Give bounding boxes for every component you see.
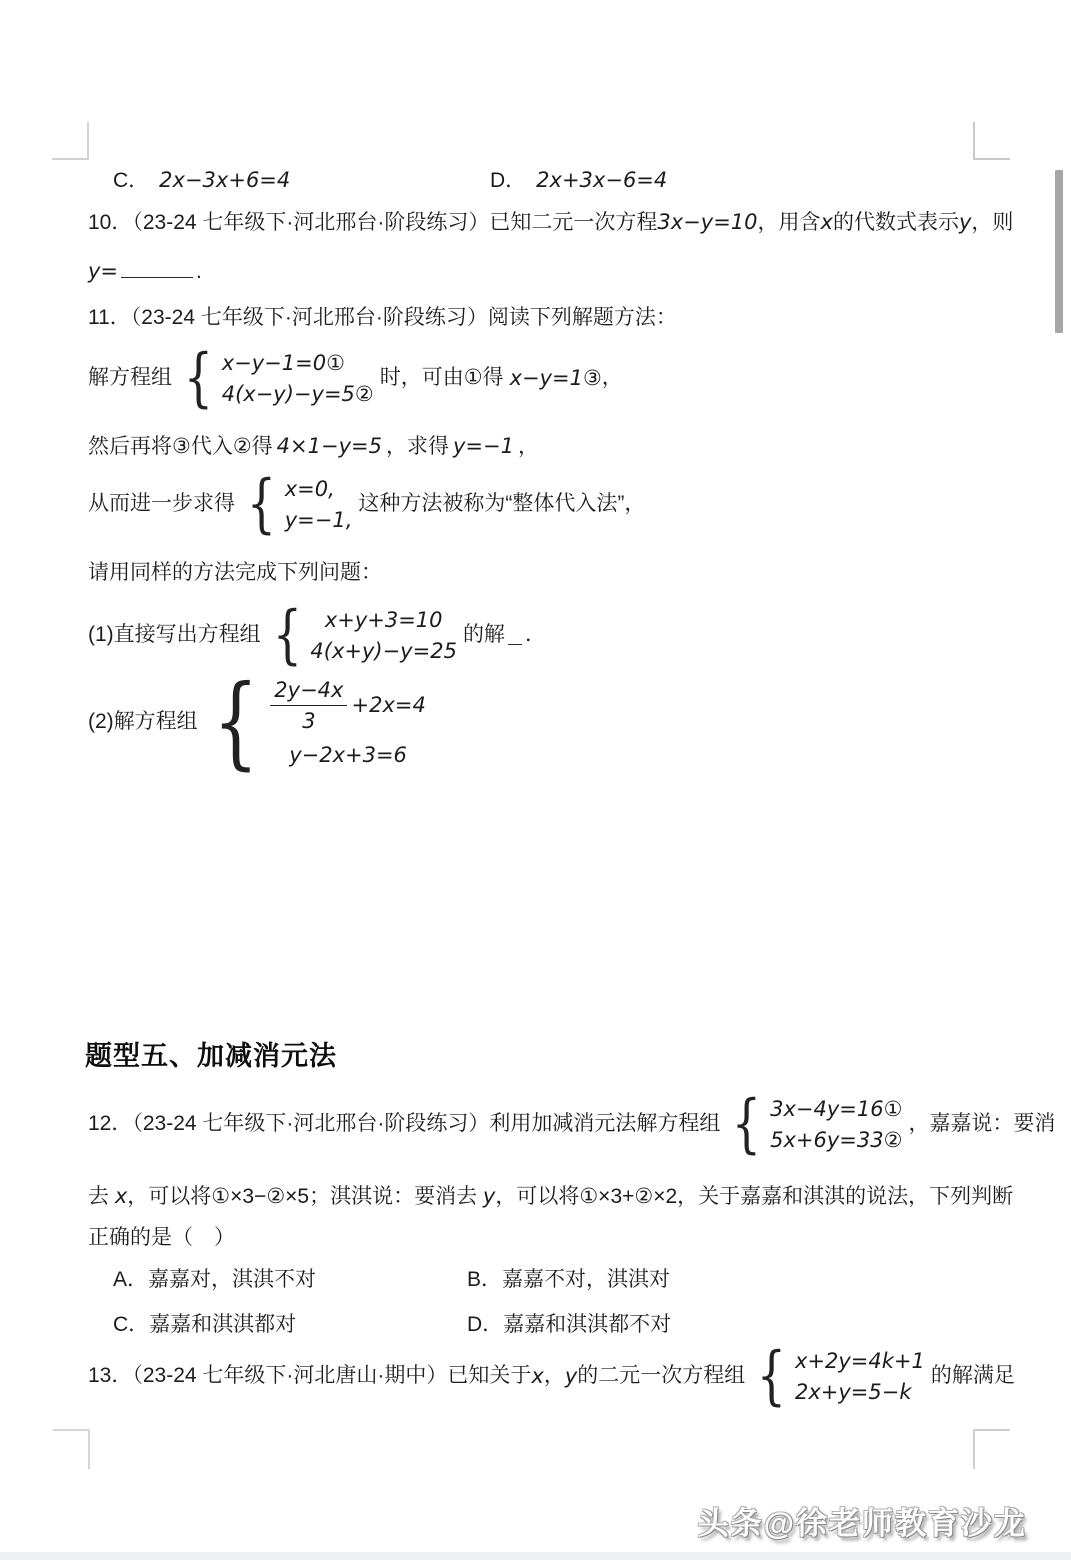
fraction: 2y−4x 3	[270, 675, 347, 736]
question-10-lead: 10．（23-24 七年级下·河北邢台·阶段练习）已知二元一次方程	[88, 211, 657, 234]
question-11-line-1: 11．（23-24 七年级下·河北邢台·阶段练习）阅读下列解题方法：	[88, 303, 677, 333]
document-page: C．2x−3x+6=4 D．2x+3x−6=4 10．（23-24 七年级下·河…	[0, 0, 1071, 1560]
equation-system-1: x−y−1=0① 4(x−y)−y=5②	[178, 346, 374, 410]
question-13-lead: 13．（23-24 七年级下·河北唐山·期中）已知关于	[88, 1361, 531, 1391]
left-brace-icon	[757, 1344, 786, 1408]
equation-line: y−2x+3=6	[289, 740, 407, 770]
question-10-text: ，则	[971, 211, 1013, 234]
question-13-text: ，	[544, 1361, 565, 1391]
question-11-item-1: (1)直接写出方程组 x+y+3=10 4(x+y)−y=25 的解 ．	[88, 598, 546, 672]
period: ．	[525, 620, 546, 650]
corner-mark-bottom-left-icon	[53, 1429, 90, 1469]
solution-line: x=0,	[285, 474, 353, 504]
equation-system-5: 3x−4y=16① 5x+6y=33②	[726, 1092, 902, 1156]
question-12-line-2: 去 x，可以将①×3−②×5；淇淇说：要消去 y，可以将①×3+②×2，关于嘉嘉…	[88, 1181, 1013, 1212]
option-c-expression: 2x−3x+6=4	[159, 168, 290, 192]
period: .	[196, 260, 202, 283]
question-12-lead: 12．（23-24 七年级下·河北邢台·阶段练习）利用加减消元法解方程组	[88, 1109, 720, 1139]
left-brace-icon	[213, 672, 259, 772]
question-12-line-3: 正确的是（ ）	[88, 1223, 235, 1253]
corner-mark-top-left-icon	[52, 122, 89, 160]
question-11-text: 从而进一步求得	[88, 489, 235, 519]
left-brace-icon	[732, 1092, 761, 1156]
variable-y: y	[483, 1184, 495, 1208]
answer-lhs: y=	[88, 259, 118, 283]
variable-y: y	[959, 210, 971, 234]
result-equation: y=−1	[453, 434, 514, 458]
question-12-line-1: 12．（23-24 七年级下·河北邢台·阶段练习）利用加减消元法解方程组 3x−…	[88, 1084, 1055, 1164]
question-12-text: ，嘉嘉说：要消	[908, 1109, 1055, 1139]
option-b: B．嘉嘉不对，淇淇对	[467, 1265, 670, 1295]
question-10-text: ，用含	[758, 211, 821, 234]
item-2-label: (2)解方程组	[88, 707, 198, 737]
solve-system-label: 解方程组	[88, 363, 172, 393]
variable-x: x	[531, 1361, 543, 1391]
equation-line: x+2y=4k+1	[795, 1346, 925, 1376]
question-12-text: ，可以将①×3−②×5；淇淇说：要消去	[127, 1185, 483, 1208]
question-12-text: ，可以将①×3+②×2，关于嘉嘉和淇淇的说法，下列判断	[495, 1185, 1013, 1208]
corner-mark-top-right-icon	[973, 122, 1010, 160]
answer-blank-underline	[508, 625, 522, 645]
question-11-line-3: 然后再将③代入②得4×1−y=5，求得y=−1，	[88, 431, 539, 462]
equation-rest: +2x=4	[351, 690, 425, 720]
equation-system-2: x=0, y=−1,	[241, 472, 352, 536]
section-heading: 题型五、加减消元法	[85, 1034, 337, 1073]
question-13-line-1: 13．（23-24 七年级下·河北唐山·期中）已知关于 x，y 的二元一次方程组…	[88, 1336, 1015, 1416]
option-d-expression: 2x+3x−6=4	[536, 168, 667, 192]
question-11-line-4: 从而进一步求得 x=0, y=−1, 这种方法被称为“整体代入法”，	[88, 468, 645, 540]
left-brace-icon	[272, 603, 301, 667]
equation-line: 2x+y=5−k	[795, 1377, 925, 1407]
variable-x: x	[821, 210, 833, 234]
question-11-text: 然后再将③代入②得	[88, 435, 273, 458]
equation-line-with-fraction: 2y−4x 3 +2x=4	[270, 675, 426, 736]
item-1-label: (1)直接写出方程组	[88, 620, 261, 650]
equation-line: 4(x+y)−y=25	[310, 636, 457, 666]
variable-x: x	[115, 1184, 127, 1208]
question-13-text: 的解满足	[931, 1361, 1015, 1391]
question-12-text: 正确的是（ ）	[88, 1226, 235, 1249]
question-11-text: 请用同样的方法完成下列问题：	[88, 561, 382, 584]
watermark: 头条@徐老师教育沙龙	[698, 1498, 1027, 1543]
variable-y: y	[565, 1361, 577, 1391]
question-10-equation: 3x−y=10	[657, 210, 757, 234]
option-d-label: D．	[490, 169, 526, 192]
comma: ，	[518, 435, 539, 458]
left-brace-icon	[184, 346, 213, 410]
equation-system-4: 2y−4x 3 +2x=4 y−2x+3=6	[204, 672, 426, 772]
equation-line: x+y+3=10	[325, 605, 443, 635]
question-10-answer-line: y=.	[88, 256, 202, 287]
corner-mark-bottom-right-icon	[973, 1429, 1010, 1469]
bottom-band	[0, 1552, 1071, 1560]
question-12-text: 去	[88, 1185, 115, 1208]
question-11-text: 的解	[463, 620, 505, 650]
comma: ，	[602, 363, 623, 393]
fraction-denominator: 3	[302, 706, 315, 736]
question-11-text: ，求得	[386, 435, 449, 458]
question-11-system-line: 解方程组 x−y−1=0① 4(x−y)−y=5② 时，可由①得 x−y=1③ …	[88, 340, 623, 416]
question-11-text: 这种方法被称为“整体代入法”，	[358, 489, 645, 519]
option-a: A．嘉嘉对，淇淇不对	[113, 1265, 316, 1295]
option-c: C．2x−3x+6=4	[113, 165, 290, 196]
substituted-equation: 4×1−y=5	[277, 434, 382, 458]
answer-blank-underline	[121, 258, 193, 278]
fraction-numerator: 2y−4x	[270, 675, 347, 706]
question-11-item-2: (2)解方程组 2y−4x 3 +2x=4 y−2x+3=6	[88, 674, 432, 770]
derived-equation: x−y=1③	[510, 363, 602, 393]
scrollbar-thumb[interactable]	[1055, 170, 1063, 333]
equation-system-3: x+y+3=10 4(x+y)−y=25	[267, 603, 457, 667]
question-11-line-5: 请用同样的方法完成下列问题：	[88, 558, 382, 588]
equation-line: 4(x−y)−y=5②	[222, 379, 374, 409]
question-10-text: 的代数式表示	[833, 211, 959, 234]
question-13-text: 的二元一次方程组	[577, 1361, 745, 1391]
option-d: D．2x+3x−6=4	[490, 165, 667, 196]
equation-line: 5x+6y=33②	[770, 1125, 902, 1155]
question-10-line-1: 10．（23-24 七年级下·河北邢台·阶段练习）已知二元一次方程3x−y=10…	[88, 207, 1013, 238]
solution-line: y=−1,	[285, 505, 353, 535]
option-c-label: C．	[113, 169, 149, 192]
question-11-text: 时，可由①得	[380, 363, 504, 393]
left-brace-icon	[247, 472, 276, 536]
equation-system-6: x+2y=4k+1 2x+y=5−k	[751, 1344, 925, 1408]
equation-line: 3x−4y=16①	[770, 1094, 902, 1124]
question-11-lead: 11．（23-24 七年级下·河北邢台·阶段练习）阅读下列解题方法：	[88, 306, 677, 329]
equation-line: x−y−1=0①	[222, 348, 374, 378]
